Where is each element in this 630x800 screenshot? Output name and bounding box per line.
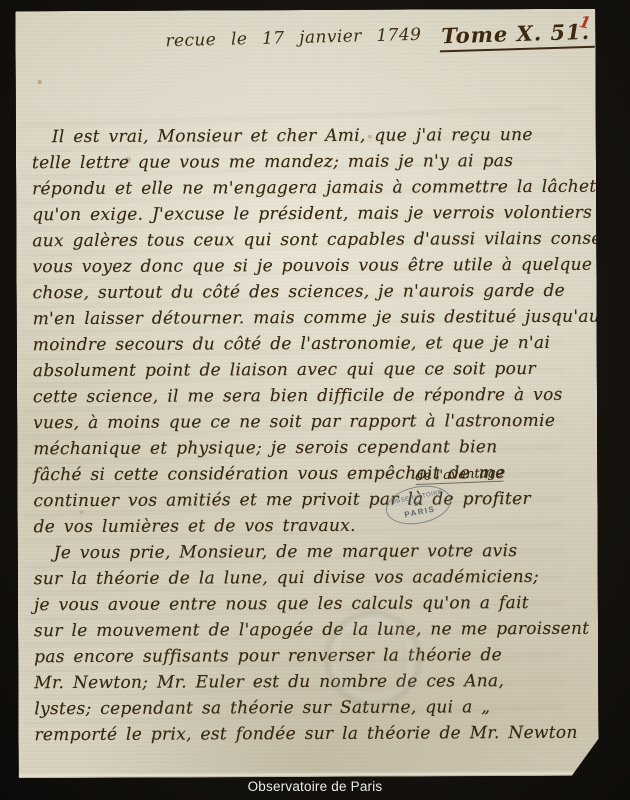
photo-caption: Observatoire de Paris xyxy=(0,779,630,797)
letter-line: remporté le prix, est fondée sur la théo… xyxy=(34,720,586,748)
manuscript-page: recue le 17 janvier 1749 Tome X. 51. 1 I… xyxy=(15,9,598,779)
letter-line: Mr. Newton; Mr. Euler est du nombre de c… xyxy=(34,668,586,696)
letter-line: Il est vrai, Monsieur et cher Ami, que j… xyxy=(32,122,584,150)
letter-line: vous voyez donc que si je pouvois vous ê… xyxy=(32,252,584,280)
letter-line: continuer vos amitiés et me privoit par … xyxy=(33,486,585,514)
letter-line: répondu et elle ne m'engagera jamais à c… xyxy=(32,174,584,202)
letter-body: Il est vrai, Monsieur et cher Ami, que j… xyxy=(32,122,587,748)
letter-line: lystes; cependant sa théorie sur Saturne… xyxy=(34,694,586,722)
letter-line: je vous avoue entre nous que les calculs… xyxy=(34,590,586,618)
letter-line: aux galères tous ceux qui sont capables … xyxy=(32,226,584,254)
letter-line: de vos lumières et de vos travaux. xyxy=(34,512,586,540)
stamp-text-bottom: PARIS xyxy=(404,505,436,519)
foxing-spots xyxy=(38,80,42,84)
letter-line: m'en laisser détourner. mais comme je su… xyxy=(33,304,585,332)
letter-line: méchanique et physique; je serois cepend… xyxy=(33,434,585,462)
letter-line: cette science, il me sera bien difficile… xyxy=(33,382,585,410)
letter-line: sur la théorie de la lune, qui divise vo… xyxy=(34,564,586,592)
letter-line: sur le mouvement de l'apogée de la lune,… xyxy=(34,616,586,644)
received-annotation: recue le 17 janvier 1749 xyxy=(165,25,421,51)
letter-line: pas encore suffisants pour renverser la … xyxy=(34,642,586,670)
letter-line: qu'on exige. J'excuse le président, mais… xyxy=(32,200,584,228)
letter-line: telle lettre que vous me mandez; mais je… xyxy=(32,148,584,176)
letter-line: vues, à moins que ce ne soit par rapport… xyxy=(33,408,585,436)
letter-line: Je vous prie, Monsieur, de me marquer vo… xyxy=(34,538,586,566)
letter-line: absolument point de liaison avec qui que… xyxy=(33,356,585,384)
letter-line: moindre secours du côté de l'astronomie,… xyxy=(33,330,585,358)
tome-label: Tome X. 51. xyxy=(439,19,594,53)
paper-bottom-edge xyxy=(19,771,599,779)
letter-photo: recue le 17 janvier 1749 Tome X. 51. 1 I… xyxy=(0,0,630,800)
letter-line: chose, surtout du côté des sciences, je … xyxy=(33,278,585,306)
